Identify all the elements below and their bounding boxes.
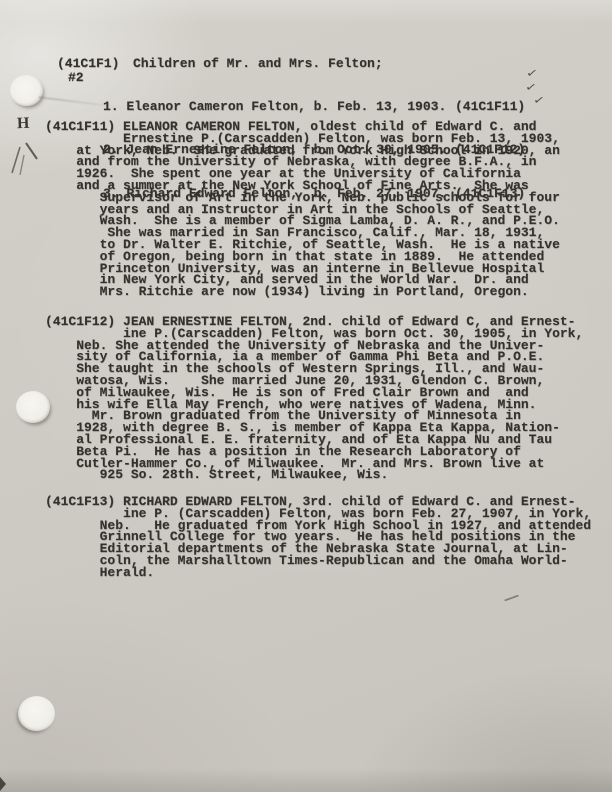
pencil-mark — [504, 594, 519, 601]
pencil-strokes-mark — [4, 133, 46, 179]
margin-number-annotation: #2 — [68, 70, 84, 85]
scanned-document-page: H (41C1F1) Children of Mr. and Mrs. Felt… — [0, 0, 612, 792]
page-corner-mark — [0, 777, 6, 791]
paragraph-eleanor-cameron-felton: (41C1F11) ELEANOR CAMERON FELTON, oldest… — [45, 121, 560, 298]
pencil-checkmark: ✓ — [533, 93, 544, 109]
child-entry: 1. Eleanor Cameron Felton, b. Feb. 13, 1… — [103, 100, 446, 113]
punch-hole-bottom — [18, 696, 55, 731]
family-group-code: (41C1F1) — [57, 56, 119, 71]
page-title: Children of Mr. and Mrs. Felton; — [133, 56, 383, 71]
paragraph-richard-edward-felton: (41C1F13) RICHARD EDWARD FELTON, 3rd. ch… — [45, 496, 591, 579]
child-reference-code: (41C1F11) — [455, 100, 525, 113]
paragraph-jean-ernestine-felton: (41C1F12) JEAN ERNESTINE FELTON, 2nd. ch… — [45, 316, 583, 481]
punch-hole-top — [10, 75, 43, 106]
handwritten-margin-letter: H — [17, 115, 30, 133]
